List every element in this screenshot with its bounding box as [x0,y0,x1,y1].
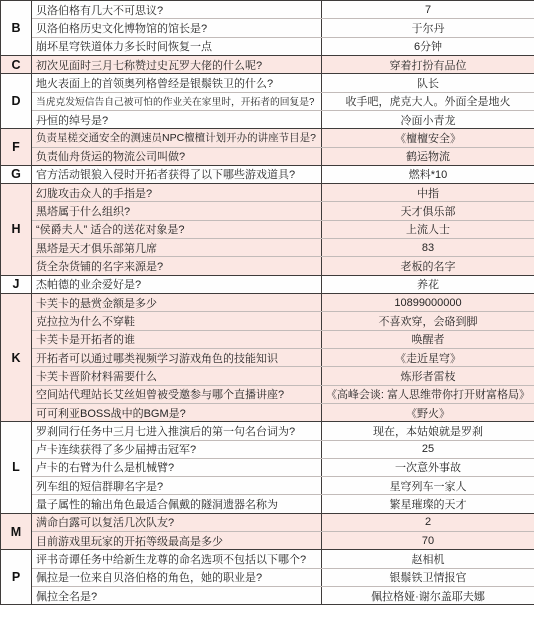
question-cell: 幻胧攻击众人的手指是? [32,184,322,202]
question-cell: 卡芙卡的悬赏金额是多少 [32,294,322,312]
table-row: 佩拉是一位来自贝洛伯格的角色，她的职业是?银鬃铁卫情报官 [1,568,534,586]
table-row: J杰帕德的业余爱好是?养花 [1,275,534,293]
table-row: 丹恒的绰号是?冷面小青龙 [1,110,534,128]
table-row: 量子属性的输出角色最适合佩戴的隧洞遗器名称为繁星璀璨的天才 [1,495,534,513]
table-row: 克拉拉为什么不穿鞋不喜欢穿，会硌到脚 [1,312,534,330]
answer-cell: 《野火》 [322,403,534,421]
table-row: K卡芙卡的悬赏金额是多少10899000000 [1,294,534,312]
answer-cell: 7 [322,1,534,19]
group-letter: F [1,129,32,166]
question-cell: 黑塔是天才俱乐部第几席 [32,239,322,257]
question-cell: 列车组的短信群聊名字是? [32,477,322,495]
question-cell: 克拉拉为什么不穿鞋 [32,312,322,330]
question-cell: 量子属性的输出角色最适合佩戴的隧洞遗器名称为 [32,495,322,513]
question-cell: 黑塔属于什么组织? [32,202,322,220]
question-cell: 罗刹同行任务中三月七进入推演后的第一句名台词为? [32,422,322,440]
group-letter: H [1,184,32,276]
answer-cell: 83 [322,239,534,257]
answer-cell: 穿着打扮有品位 [322,55,534,73]
table-row: 可可利亚BOSS战中的BGM是?《野火》 [1,403,534,421]
table-row: 空间站代理站长艾丝妲曾被受邀参与哪个直播讲座?《高峰会谈: 富人思维带你打开财富… [1,385,534,403]
question-cell: “侯爵夫人” 适合的送花对象是? [32,220,322,238]
quiz-table-body: B贝洛伯格有几大不可思议?7贝洛伯格历史文化博物馆的馆长是?于尔丹崩坏星穹铁道体… [1,1,534,605]
question-cell: 负责仙舟货运的物流公司叫做? [32,147,322,165]
table-row: 开拓者可以通过哪类视频学习游戏角色的技能知识《走近星穹》 [1,348,534,366]
answer-cell: 《走近星穹》 [322,348,534,366]
group-letter: M [1,513,32,550]
question-cell: 评书奇谭任务中给新生龙尊的命名选项不包括以下哪个? [32,550,322,568]
table-row: P评书奇谭任务中给新生龙尊的命名选项不包括以下哪个?赵相机 [1,550,534,568]
answer-cell: 鹤运物流 [322,147,534,165]
answer-cell: 繁星璀璨的天才 [322,495,534,513]
table-row: C初次见面时三月七称赞过史瓦罗大佬的什么呢?穿着打扮有品位 [1,55,534,73]
question-cell: 空间站代理站长艾丝妲曾被受邀参与哪个直播讲座? [32,385,322,403]
answer-cell: 银鬃铁卫情报官 [322,568,534,586]
answer-cell: 唤醒者 [322,330,534,348]
table-row: F负责星槎交通安全的测速员NPC檀檀计划开办的讲座节目是?《檀檀安全》 [1,129,534,147]
question-cell: 官方活动银狼入侵时开拓者获得了以下哪些游戏道具? [32,165,322,183]
table-row: H幻胧攻击众人的手指是?中指 [1,184,534,202]
question-cell: 贝洛伯格历史文化博物馆的馆长是? [32,19,322,37]
table-row: 当虎克发短信告自己被可怕的作业关在家里时，开拓者的回复是?收手吧，虎克大人。外面… [1,92,534,110]
question-cell: 开拓者可以通过哪类视频学习游戏角色的技能知识 [32,348,322,366]
table-row: 贝洛伯格历史文化博物馆的馆长是?于尔丹 [1,19,534,37]
answer-cell: 赵相机 [322,550,534,568]
question-cell: 卢卡连续获得了多少届搏击冠军? [32,440,322,458]
table-row: 卢卡连续获得了多少届搏击冠军?25 [1,440,534,458]
question-cell: 可可利亚BOSS战中的BGM是? [32,403,322,421]
question-cell: 负责星槎交通安全的测速员NPC檀檀计划开办的讲座节目是? [32,129,322,147]
answer-cell: 一次意外事故 [322,458,534,476]
answer-cell: 老板的名字 [322,257,534,275]
question-cell: 初次见面时三月七称赞过史瓦罗大佬的什么呢? [32,55,322,73]
table-row: 目前游戏里玩家的开拓等级最高是多少70 [1,532,534,550]
answer-cell: 现在，本姑娘就是罗刹 [322,422,534,440]
answer-cell: 上流人士 [322,220,534,238]
group-letter: K [1,294,32,422]
group-letter: C [1,55,32,73]
quiz-answer-sheet: B贝洛伯格有几大不可思议?7贝洛伯格历史文化博物馆的馆长是?于尔丹崩坏星穹铁道体… [0,0,534,621]
group-letter: L [1,422,32,514]
table-row: “侯爵夫人” 适合的送花对象是?上流人士 [1,220,534,238]
table-row: G官方活动银狼入侵时开拓者获得了以下哪些游戏道具?燃料*10 [1,165,534,183]
question-cell: 佩拉是一位来自贝洛伯格的角色，她的职业是? [32,568,322,586]
table-row: 黑塔是天才俱乐部第几席83 [1,239,534,257]
table-row: 列车组的短信群聊名字是?星穹列车一家人 [1,477,534,495]
table-row: 崩坏星穹铁道体力多长时间恢复一点6分钟 [1,37,534,55]
group-letter: D [1,74,32,129]
group-letter: G [1,165,32,183]
table-row: L罗刹同行任务中三月七进入推演后的第一句名台词为?现在，本姑娘就是罗刹 [1,422,534,440]
question-cell: 丹恒的绰号是? [32,110,322,128]
answer-cell: 70 [322,532,534,550]
answer-cell: 于尔丹 [322,19,534,37]
table-row: 卡芙卡是开拓者的谁唤醒者 [1,330,534,348]
table-row: 黑塔属于什么组织?天才俱乐部 [1,202,534,220]
answer-cell: 中指 [322,184,534,202]
question-cell: 目前游戏里玩家的开拓等级最高是多少 [32,532,322,550]
table-row: M满命白露可以复活几次队友?2 [1,513,534,531]
answer-cell: 队长 [322,74,534,92]
group-letter: J [1,275,32,293]
answer-cell: 佩拉格娅·谢尔盖耶夫娜 [322,587,534,605]
table-row: D地火表面上的首领奥列格曾经是银鬃铁卫的什么?队长 [1,74,534,92]
table-row: 卢卡的右臂为什么是机械臂?一次意外事故 [1,458,534,476]
answer-cell: 天才俱乐部 [322,202,534,220]
answer-cell: 冷面小青龙 [322,110,534,128]
group-letter: B [1,1,32,56]
question-cell: 崩坏星穹铁道体力多长时间恢复一点 [32,37,322,55]
question-cell: 满命白露可以复活几次队友? [32,513,322,531]
question-cell: 当虎克发短信告自己被可怕的作业关在家里时，开拓者的回复是? [32,92,322,110]
answer-cell: 6分钟 [322,37,534,55]
table-row: 货全杂货铺的名字来源是?老板的名字 [1,257,534,275]
question-cell: 卡芙卡是开拓者的谁 [32,330,322,348]
question-cell: 卢卡的右臂为什么是机械臂? [32,458,322,476]
quiz-table: B贝洛伯格有几大不可思议?7贝洛伯格历史文化博物馆的馆长是?于尔丹崩坏星穹铁道体… [0,0,534,605]
answer-cell: 收手吧，虎克大人。外面全是地火 [322,92,534,110]
question-cell: 货全杂货铺的名字来源是? [32,257,322,275]
question-cell: 卡芙卡晋阶材料需要什么 [32,367,322,385]
question-cell: 杰帕德的业余爱好是? [32,275,322,293]
question-cell: 地火表面上的首领奥列格曾经是银鬃铁卫的什么? [32,74,322,92]
answer-cell: 养花 [322,275,534,293]
answer-cell: 《高峰会谈: 富人思维带你打开财富格局》 [322,385,534,403]
answer-cell: 《檀檀安全》 [322,129,534,147]
answer-cell: 炼形者雷枝 [322,367,534,385]
answer-cell: 燃料*10 [322,165,534,183]
table-row: 佩拉全名是?佩拉格娅·谢尔盖耶夫娜 [1,587,534,605]
answer-cell: 星穹列车一家人 [322,477,534,495]
table-row: 负责仙舟货运的物流公司叫做?鹤运物流 [1,147,534,165]
answer-cell: 10899000000 [322,294,534,312]
answer-cell: 25 [322,440,534,458]
answer-cell: 不喜欢穿，会硌到脚 [322,312,534,330]
table-row: 卡芙卡晋阶材料需要什么炼形者雷枝 [1,367,534,385]
table-row: B贝洛伯格有几大不可思议?7 [1,1,534,19]
question-cell: 贝洛伯格有几大不可思议? [32,1,322,19]
question-cell: 佩拉全名是? [32,587,322,605]
group-letter: P [1,550,32,605]
answer-cell: 2 [322,513,534,531]
